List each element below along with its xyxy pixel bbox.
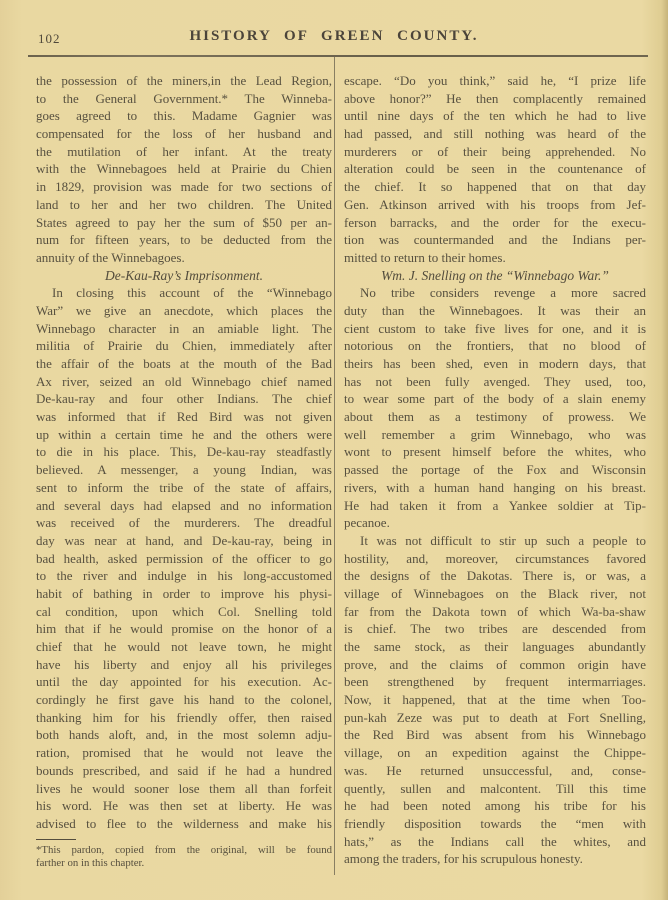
text-line: up within a certain time he and the othe… <box>36 426 332 444</box>
text-line: In closing this account of the “Winnebag… <box>36 284 332 302</box>
running-title: HISTORY OF GREEN COUNTY. <box>0 28 668 45</box>
text-line: quently, sullen and malcontent. Till thi… <box>344 780 646 798</box>
text-line: pecanoe. <box>344 514 646 532</box>
text-line: He had taken it from a Yankee soldier at… <box>344 497 646 515</box>
text-line: was received of the murderers. The dread… <box>36 514 332 532</box>
text-line: to the river and indulge in his long-acc… <box>36 567 332 585</box>
text-line: the possession of the miners,in the Lead… <box>36 72 332 90</box>
text-line: passed the portage of the Fox and Wiscon… <box>344 461 646 479</box>
text-line: the chief. It so happened that on that d… <box>344 178 646 196</box>
text-line: was. He returned unsuccessful, and, cons… <box>344 762 646 780</box>
text-line: No tribe considers revenge a more sacred <box>344 284 646 302</box>
text-line: mitted to return to their homes. <box>344 249 646 267</box>
text-line: habit of bathing in order to improve his… <box>36 585 332 603</box>
text-line: notorious on the frontiers, that no bloo… <box>344 337 646 355</box>
text-line: the mutilation of her infant. At the tre… <box>36 143 332 161</box>
text-line: above honor?” He then complacently remai… <box>344 90 646 108</box>
text-line: duty than the Winnebagoes. It was their … <box>344 302 646 320</box>
text-line: De-kau-ray and four other Indians. The c… <box>36 390 332 408</box>
right-column: escape. “Do you think,” said he, “I priz… <box>344 72 646 868</box>
text-line: the affair of the boats at the mouth of … <box>36 355 332 373</box>
text-line: chief that he would not leave town, he m… <box>36 638 332 656</box>
text-line: hostility, and, moreover, circumstances … <box>344 550 646 568</box>
text-line: *This pardon, copied from the original, … <box>36 844 332 858</box>
footnote: *This pardon, copied from the original, … <box>36 839 332 871</box>
text-line: village, on an expedition against the Ch… <box>344 744 646 762</box>
text-line: had passed, and still nothing was heard … <box>344 125 646 143</box>
text-line: murderers or of their being apprehended.… <box>344 143 646 161</box>
text-line: with the Winnebagoes held at Prairie du … <box>36 160 332 178</box>
text-line: friendly disposition towards the “men wi… <box>344 815 646 833</box>
text-line: been strengthened by frequent intermarri… <box>344 673 646 691</box>
text-line: him that if he would promise on the hono… <box>36 620 332 638</box>
text-line: pun-kah Zeze was put to death at Fort Sn… <box>344 709 646 727</box>
text-line: hats,” as the Indians call the whites, a… <box>344 833 646 851</box>
text-line: cal condition, upon which Col. Snelling … <box>36 603 332 621</box>
text-line: It was not difficult to stir up such a p… <box>344 532 646 550</box>
text-line: both hands aloft, and, in the most solem… <box>36 726 332 744</box>
text-line: Gen. Atkinson arrived with his troops fr… <box>344 196 646 214</box>
right-column-text: escape. “Do you think,” said he, “I priz… <box>344 72 646 868</box>
section-heading: Wm. J. Snelling on the “Winnebago War.” <box>344 267 646 285</box>
text-line: to wear some part of the body of a slain… <box>344 390 646 408</box>
text-line: day was near at hand, and De-kau-ray, be… <box>36 532 332 550</box>
text-line: wont to present himself before the white… <box>344 443 646 461</box>
text-line: his word. He was then set at liberty. He… <box>36 797 332 815</box>
text-line: ration, promised that he would not leave… <box>36 744 332 762</box>
text-line: ferson barracks, and the order for the e… <box>344 214 646 232</box>
text-line: sent to inform the tribe of the state of… <box>36 479 332 497</box>
text-line: among the traders, for his scrupulous ho… <box>344 850 646 868</box>
text-line: was informed that if Red Bird was not gi… <box>36 408 332 426</box>
text-line: well remember a grim Winnebago, who was <box>344 426 646 444</box>
text-line: until nine days of the ten which he had … <box>344 107 646 125</box>
text-line: believed. A messenger, a young Indian, w… <box>36 461 332 479</box>
section-heading: De-Kau-Ray’s Imprisonment. <box>36 267 332 285</box>
text-line: about them as a testimony of prowess. We <box>344 408 646 426</box>
text-line: rivers, with a human hand hanging on his… <box>344 479 646 497</box>
text-line: alteration could be seen in the countena… <box>344 160 646 178</box>
footnote-text: *This pardon, copied from the original, … <box>36 844 332 871</box>
text-line: Winnebago character in an amiable light.… <box>36 320 332 338</box>
text-line: until the day appointed for his executio… <box>36 673 332 691</box>
text-line: num for fifteen years, to be deducted fr… <box>36 231 332 249</box>
text-line: the Red Bird was absent from his Winneba… <box>344 726 646 744</box>
text-line: goes agreed to this. Madame Gagnier was <box>36 107 332 125</box>
text-line: militia of Prairie du Chien, immediately… <box>36 337 332 355</box>
column-divider <box>334 57 335 875</box>
book-page: 102 HISTORY OF GREEN COUNTY. the possess… <box>0 0 668 900</box>
text-line: farther on in this chapter. <box>36 857 332 871</box>
text-line: bounds prescribed, and said if he had a … <box>36 762 332 780</box>
text-line: advised to flee to the wilderness and ma… <box>36 815 332 833</box>
text-line: he had been noted among his tribe for hi… <box>344 797 646 815</box>
header-rule <box>28 55 648 57</box>
left-column: the possession of the miners,in the Lead… <box>36 72 332 871</box>
text-line: have his liberty and enjoy all his privi… <box>36 656 332 674</box>
text-line: is chief. The two tribes are descended f… <box>344 620 646 638</box>
text-line: prove, and the claims of common origin h… <box>344 656 646 674</box>
text-line: bad health, asked permission of the offi… <box>36 550 332 568</box>
text-line: village of Winnebagoes on the Black rive… <box>344 585 646 603</box>
footnote-rule <box>36 839 76 840</box>
text-line: States agreed to pay her the sum of $50 … <box>36 214 332 232</box>
text-line: the designs of the Dakotas. There is, or… <box>344 567 646 585</box>
text-line: and several days had elapsed and no info… <box>36 497 332 515</box>
text-line: in 1829, provision was made for two sect… <box>36 178 332 196</box>
text-line: cient custom to take five lives for one,… <box>344 320 646 338</box>
text-line: theirs has been shed, even in modern day… <box>344 355 646 373</box>
text-line: War” we give an anecdote, which places t… <box>36 302 332 320</box>
text-line: has not been fully avenged. They used, t… <box>344 373 646 391</box>
text-line: to die in his place. This, De-kau-ray st… <box>36 443 332 461</box>
text-line: to the General Government.* The Winneba- <box>36 90 332 108</box>
text-line: land to her and her two children. The Un… <box>36 196 332 214</box>
text-line: annuity of the Winnebagoes. <box>36 249 332 267</box>
text-line: Now, it happened, that at the time when … <box>344 691 646 709</box>
text-line: lives he would sooner lose them all than… <box>36 780 332 798</box>
text-line: Ax river, seized an old Winnebago chief … <box>36 373 332 391</box>
text-line: compensated for the loss of her husband … <box>36 125 332 143</box>
text-line: far from the Dakota town of which Wa-ba-… <box>344 603 646 621</box>
text-line: escape. “Do you think,” said he, “I priz… <box>344 72 646 90</box>
left-column-text: the possession of the miners,in the Lead… <box>36 72 332 833</box>
text-line: thanking him for his friendly offer, the… <box>36 709 332 727</box>
text-line: tion was countermanded and the Indians p… <box>344 231 646 249</box>
text-line: the same stock, as their languages abund… <box>344 638 646 656</box>
text-line: cordingly he first gave his hand to the … <box>36 691 332 709</box>
